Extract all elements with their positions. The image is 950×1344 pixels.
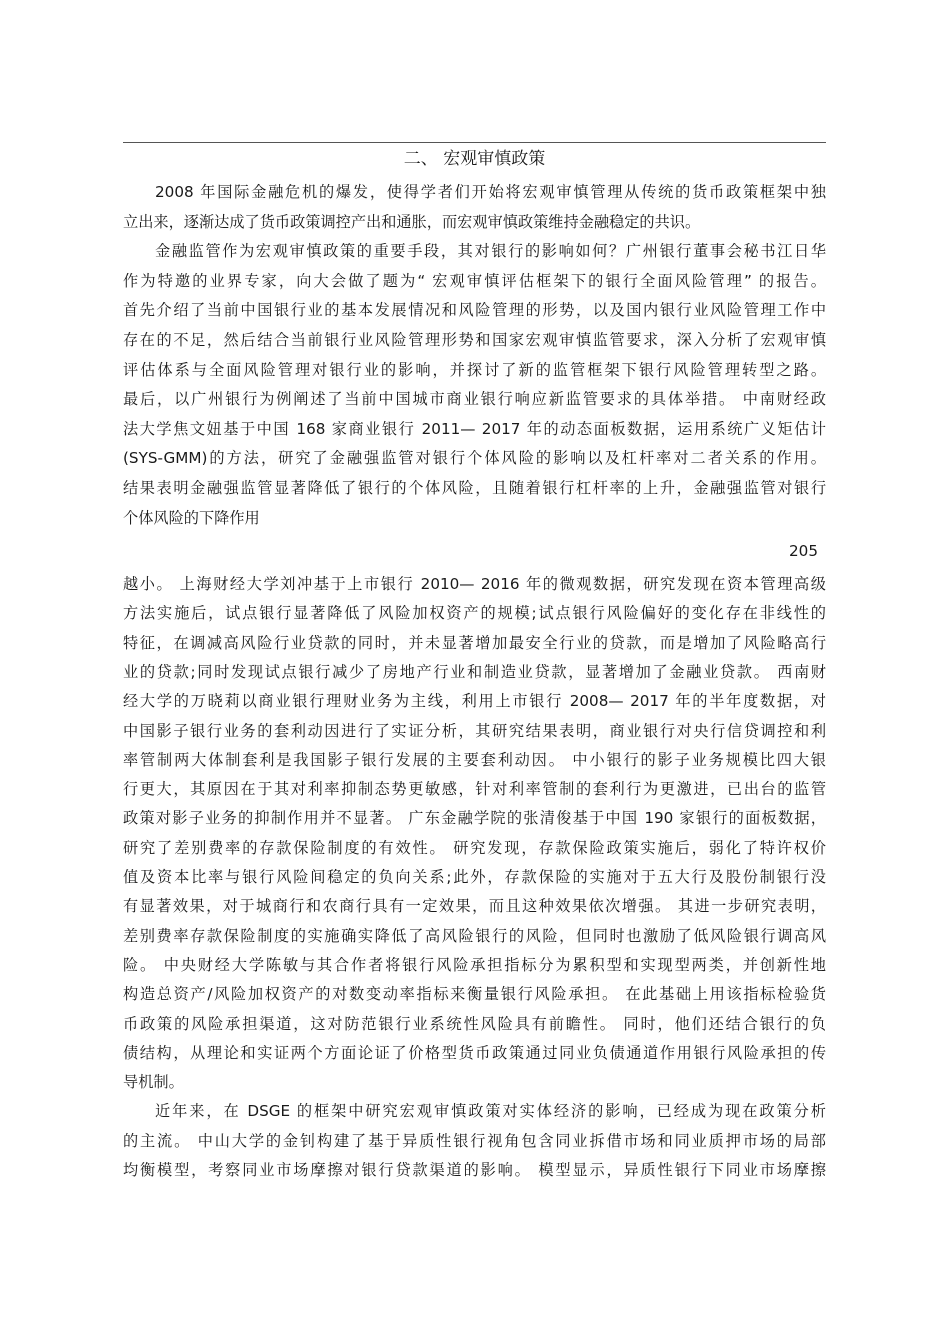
text-line: 2008 年国际金融危机的爆发，使得学者们开始将宏观审慎管理从传统的货币政策框架… [123,182,826,202]
header-rule [123,142,826,143]
text-line: 的主流。 中山大学的金钊构建了基于异质性银行视角包含同业拆借市场和同业质押市场的… [123,1131,826,1151]
text-line: 作为特邀的业界专家，向大会做了题为“ 宏观审慎评估框架下的银行全面风险管理” 的… [123,271,826,291]
text-line: 首先介绍了当前中国银行业的基本发展情况和风险管理的形势，以及国内银行业风险管理工… [123,300,826,320]
text-line: 率管制两大体制套利是我国影子银行发展的主要套利动因。 中小银行的影子业务规模比四… [123,750,826,770]
text-line: 差别费率存款保险制度的实施确实降低了高风险银行的风险，但同时也激励了低风险银行调… [123,926,826,946]
text-line: 研究了差别费率的存款保险制度的有效性。 研究发现，存款保险政策实施后，弱化了特许… [123,838,826,858]
text-line: 均衡模型，考察同业市场摩擦对银行贷款渠道的影响。 模型显示，异质性银行下同业市场… [123,1160,826,1180]
text-line: 有显著效果，对于城商行和农商行具有一定效果，而且这种效果依次增强。 其进一步研究… [123,896,826,916]
text-line: 导机制。 [123,1072,826,1092]
text-line: 个体风险的下降作用 [123,508,826,528]
text-line: 方法实施后，试点银行显著降低了风险加权资产的规模;试点银行风险偏好的变化存在非线… [123,603,826,623]
text-line: 立出来，逐渐达成了货币政策调控产出和通胀，而宏观审慎政策维持金融稳定的共识。 [123,212,826,232]
text-line: 金融监管作为宏观审慎政策的重要手段，其对银行的影响如何？广州银行董事会秘书江日华 [123,241,826,261]
text-line: 中国影子银行业务的套利动因进行了实证分析，其研究结果表明，商业银行对央行信贷调控… [123,721,826,741]
text-line: 近年来，在 DSGE 的框架中研究宏观审慎政策对实体经济的影响，已经成为现在政策… [123,1101,826,1121]
text-line: 最后，以广州银行为例阐述了当前中国城市商业银行响应新监管要求的具体举措。 中南财… [123,389,826,409]
text-line: 特征，在调减高风险行业贷款的同时，并未显著增加最安全行业的贷款，而是增加了风险略… [123,633,826,653]
text-line: 债结构，从理论和实证两个方面论证了价格型货币政策通过同业负债通道作用银行风险承担… [123,1043,826,1063]
page-number: 205 [760,541,818,561]
text-line: 险。 中央财经大学陈敏与其合作者将银行风险承担指标分为累积型和实现型两类，并创新… [123,955,826,975]
text-line: 值及资本比率与银行风险间稳定的负向关系;此外，存款保险的实施对于五大行及股份制银… [123,867,826,887]
text-line: 法大学焦文妞基于中国 168 家商业银行 2011— 2017 年的动态面板数据… [123,419,826,439]
text-line: (SYS-GMM)的方法，研究了金融强监管对银行个体风险的影响以及杠杆率对二者关… [123,448,826,468]
text-line: 币政策的风险承担渠道，这对防范银行业系统性风险具有前瞻性。 同时，他们还结合银行… [123,1014,826,1034]
text-line: 越小。 上海财经大学刘冲基于上市银行 2010— 2016 年的微观数据，研究发… [123,574,826,594]
text-line: 业的贷款;同时发现试点银行减少了房地产行业和制造业贷款，显著增加了金融业贷款。 … [123,662,826,682]
section-title: 二、 宏观审慎政策 [123,146,826,172]
text-line: 评估体系与全面风险管理对银行业的影响，并探讨了新的监管框架下银行风险管理转型之路… [123,360,826,380]
text-line: 存在的不足，然后结合当前银行业风险管理形势和国家宏观审慎监管要求，深入分析了宏观… [123,330,826,350]
text-line: 构造总资产/风险加权资产的对数变动率指标来衡量银行风险承担。 在此基础上用该指标… [123,984,826,1004]
text-line: 行更大，其原因在于其对利率抑制态势更敏感，针对利率管制的套利行为更激进，已出台的… [123,779,826,799]
text-line: 结果表明金融强监管显著降低了银行的个体风险，且随着银行杠杆率的上升，金融强监管对… [123,478,826,498]
text-line: 经大学的万晓莉以商业银行理财业务为主线，利用上市银行 2008— 2017 年的… [123,691,826,711]
text-line: 政策对影子业务的抑制作用并不显著。 广东金融学院的张清俊基于中国 190 家银行… [123,808,826,828]
